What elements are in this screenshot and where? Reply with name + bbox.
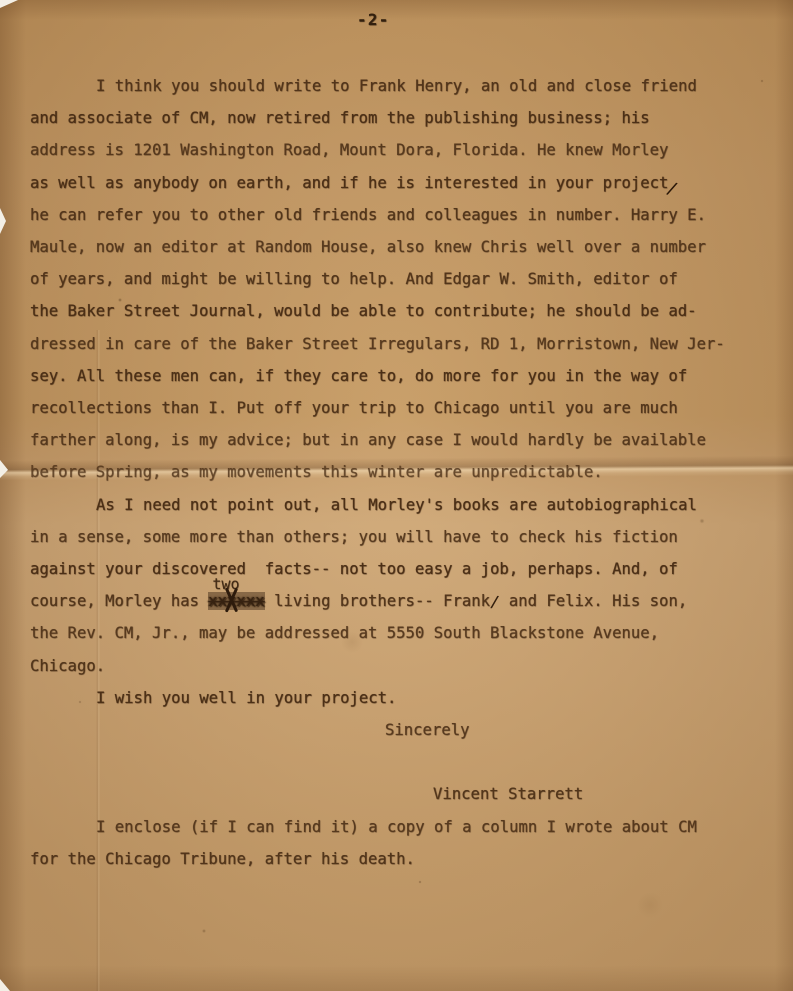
blank-line bbox=[30, 746, 756, 778]
postscript-line: for the Chicago Tribune, after his death… bbox=[30, 843, 756, 875]
page-number: -2- bbox=[357, 11, 390, 29]
letter-line: and associate of CM, now retired from th… bbox=[30, 102, 756, 134]
letter-line: course, Morley has xxxxxxtwo living brot… bbox=[30, 585, 756, 617]
letter-line-text: course, Morley has bbox=[30, 592, 208, 610]
letter-line-text: and Felix. His son, bbox=[499, 592, 687, 610]
letter-line: he can refer you to other old friends an… bbox=[30, 199, 756, 231]
letter-line: farther along, is my advice; but in any … bbox=[30, 424, 756, 456]
letter-line: recollections than I. Put off your trip … bbox=[30, 392, 756, 424]
letter-line: As I need not point out, all Morley's bo… bbox=[30, 489, 756, 521]
letter-line: in a sense, some more than others; you w… bbox=[30, 521, 756, 553]
typed-insertion-two: two bbox=[212, 568, 239, 600]
letter-line: I wish you well in your project. bbox=[30, 682, 756, 714]
handwritten-slash-mark: / bbox=[489, 586, 501, 619]
letter-line: the Rev. CM, Jr., may be addressed at 55… bbox=[30, 617, 756, 649]
letter-line: of years, and might be willing to help. … bbox=[30, 263, 756, 295]
letter-line: before Spring, as my movements this wint… bbox=[30, 456, 756, 488]
letter-line-text: as well as anybody on earth, and if he i… bbox=[30, 174, 668, 192]
postscript-line: I enclose (if I can find it) a copy of a… bbox=[30, 811, 756, 843]
letter-body: I think you should write to Frank Henry,… bbox=[30, 70, 756, 875]
letter-line: address is 1201 Washington Road, Mount D… bbox=[30, 134, 756, 166]
letter-line: against your discovered facts-- not too … bbox=[30, 553, 756, 585]
letter-line: as well as anybody on earth, and if he i… bbox=[30, 167, 756, 199]
letter-line: dressed in care of the Baker Street Irre… bbox=[30, 328, 756, 360]
letter-line: Chicago. bbox=[30, 650, 756, 682]
struck-out-word: xxxxxxtwo bbox=[208, 585, 264, 617]
signature-name: Vincent Starrett bbox=[30, 778, 756, 810]
letter-line: sey. All these men can, if they care to,… bbox=[30, 360, 756, 392]
letter-line: the Baker Street Journal, would be able … bbox=[30, 295, 756, 327]
closing-sincerely: Sincerely bbox=[30, 714, 756, 746]
letter-line: Maule, now an editor at Random House, al… bbox=[30, 231, 756, 263]
scanned-letter-page: -2- I think you should write to Frank He… bbox=[0, 0, 793, 991]
letter-line-text: living brothers-- Frank bbox=[265, 592, 490, 610]
letter-line: I think you should write to Frank Henry,… bbox=[30, 70, 756, 102]
